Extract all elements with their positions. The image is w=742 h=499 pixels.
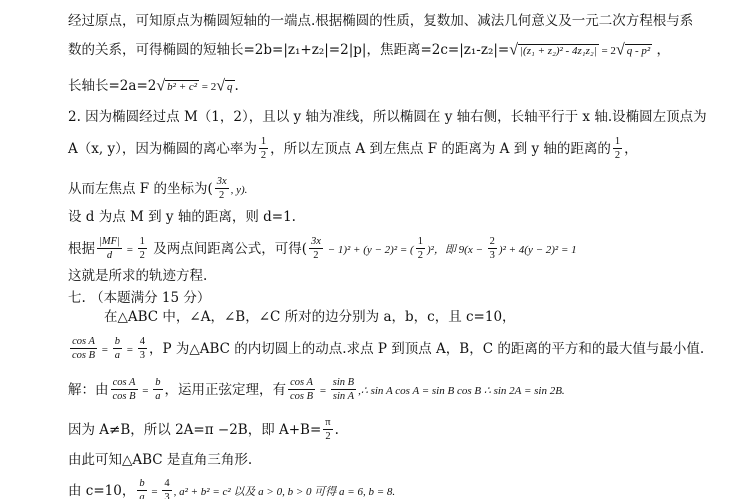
paragraph-text: 经过原点，可知原点为椭圆短轴的一端点.根据椭圆的性质，复数加、减法几何意义及一元… bbox=[68, 13, 693, 29]
text-line-2: 数的关系，可得椭圆的短轴长=2b=|z₁+z₂|=2|p|，焦距离=2c=|z₁… bbox=[68, 41, 670, 60]
punctuation: . bbox=[335, 422, 339, 438]
fraction-cosA-over-cosB: cos Acos B bbox=[70, 335, 97, 362]
text-line-7: 设 d 为点 M 到 y 轴的距离，则 d=1. bbox=[68, 208, 296, 226]
numerator: 3x bbox=[215, 175, 229, 189]
fraction-mf-over-d: |MF|d bbox=[97, 235, 122, 262]
paragraph-text: 在△ABC 中，∠A，∠B，∠C 所对的边分别为 a，b，c，且 c=10， bbox=[104, 309, 516, 325]
paragraph-text: ，运用正弦定理，有 bbox=[165, 382, 287, 398]
sqrt-expression: √b² + c² bbox=[156, 77, 199, 96]
denominator: 2 bbox=[613, 149, 622, 162]
math-text: = 2 bbox=[599, 45, 616, 57]
sqrt-body: q - p² bbox=[625, 44, 652, 57]
paragraph-text: 根据 bbox=[68, 241, 95, 257]
text-line-5: A（x, y），因为椭圆的离心率为12，所以左顶点 A 到左焦点 F 的距离为 … bbox=[68, 136, 638, 163]
fraction-one-half: 12 bbox=[613, 135, 622, 162]
numerator: 2 bbox=[488, 235, 497, 249]
problem-statement-line-1: 在△ABC 中，∠A，∠B，∠C 所对的边分别为 a，b，c，且 c=10， bbox=[104, 308, 516, 326]
sqrt-expression: √q bbox=[216, 77, 234, 96]
solution-line-3: 由此可知△ABC 是直角三角形. bbox=[68, 451, 252, 469]
denominator: 2 bbox=[416, 249, 425, 262]
denominator: 2 bbox=[259, 149, 268, 162]
punctuation: ， bbox=[624, 141, 638, 157]
solution-line-2: 因为 A≠B，所以 2A=π −2B，即 A+B=π2. bbox=[68, 417, 339, 444]
section-heading: 七. （本题满分 15 分） bbox=[68, 290, 210, 306]
text-line-9: 这就是所求的轨迹方程. bbox=[68, 267, 207, 285]
paragraph-text: 2. 因为椭圆经过点 M（1，2），且以 y 轴为准线，所以椭圆在 y 轴右侧，… bbox=[68, 109, 707, 125]
denominator: a bbox=[137, 491, 146, 499]
fraction-cosA-over-cosB: cos Acos B bbox=[288, 376, 315, 403]
math-text: − 1)² + (y − 2)² = ( bbox=[325, 244, 414, 256]
numerator: b bbox=[153, 376, 162, 390]
fraction-pi-over-2: π2 bbox=[323, 416, 332, 443]
numerator: cos A bbox=[288, 376, 315, 390]
punctuation: . bbox=[235, 78, 239, 94]
denominator: 3 bbox=[138, 349, 147, 362]
math-text: = bbox=[124, 244, 136, 256]
paragraph-text: 因为 A≠B，所以 2A=π −2B，即 A+B= bbox=[68, 422, 321, 438]
fraction-sinB-over-sinA: sin Bsin A bbox=[331, 376, 356, 403]
paragraph-text: 数的关系，可得椭圆的短轴长=2b=|z₁+z₂|=2|p|，焦距离=2c=|z₁… bbox=[68, 42, 509, 58]
denominator: sin A bbox=[331, 390, 356, 403]
math-text: = 2 bbox=[199, 81, 216, 93]
numerator: 4 bbox=[138, 335, 147, 349]
paragraph-text: A（x, y），因为椭圆的离心率为 bbox=[68, 141, 257, 157]
paragraph-text: 这就是所求的轨迹方程. bbox=[68, 268, 207, 284]
denominator: a bbox=[113, 349, 122, 362]
paragraph-text: 及两点间距离公式，可得( bbox=[149, 241, 307, 257]
text-line-4: 2. 因为椭圆经过点 M（1，2），且以 y 轴为准线，所以椭圆在 y 轴右侧，… bbox=[68, 108, 707, 126]
punctuation: ， bbox=[652, 42, 670, 58]
fraction-b-over-a: ba bbox=[113, 335, 122, 362]
numerator: 1 bbox=[259, 135, 268, 149]
text-line-8: 根据|MF|d = 12 及两点间距离公式，可得(3x2 − 1)² + (y … bbox=[68, 236, 577, 263]
fraction-one-half: 12 bbox=[138, 235, 147, 262]
fraction-cosA-over-cosB: cos Acos B bbox=[111, 376, 138, 403]
section-heading-7: 七. （本题满分 15 分） bbox=[68, 289, 210, 307]
solution-line-1: 解：由cos Acos B = ba，运用正弦定理，有cos Acos B = … bbox=[68, 377, 565, 404]
denominator: d bbox=[97, 249, 122, 262]
denominator: cos B bbox=[70, 349, 97, 362]
numerator: 4 bbox=[162, 477, 171, 491]
document-page: 经过原点，可知原点为椭圆短轴的一端点.根据椭圆的性质，复数加、减法几何意义及一元… bbox=[0, 0, 742, 499]
paragraph-text: 由此可知△ABC 是直角三角形. bbox=[68, 452, 252, 468]
denominator: 3 bbox=[162, 491, 171, 499]
denominator: 2 bbox=[323, 430, 332, 443]
sqrt-body: |(z₁ + z₂)² - 4z₁z₂| bbox=[518, 44, 599, 57]
paragraph-text: 设 d 为点 M 到 y 轴的距离，则 d=1. bbox=[68, 209, 296, 225]
numerator: 1 bbox=[138, 235, 147, 249]
fraction-four-thirds: 43 bbox=[138, 335, 147, 362]
denominator: 2 bbox=[215, 189, 229, 202]
text-line-6: 从而左焦点 F 的坐标为(3x2, y). bbox=[68, 176, 247, 203]
denominator: 2 bbox=[138, 249, 147, 262]
problem-statement-line-2: cos Acos B = ba = 43，P 为△ABC 的内切圆上的动点.求点… bbox=[68, 336, 704, 363]
fraction-one-half: 12 bbox=[259, 135, 268, 162]
math-text: , a² + b² = c² 以及 a > 0, b > 0 可得 a = 6,… bbox=[174, 486, 396, 498]
text-line-3: 长轴长=2a=2√b² + c² = 2√q. bbox=[68, 77, 239, 96]
fraction-four-thirds: 43 bbox=[162, 477, 171, 499]
denominator: cos B bbox=[111, 390, 138, 403]
numerator: 3x bbox=[309, 235, 323, 249]
paragraph-text: ，所以左顶点 A 到左焦点 F 的距离为 A 到 y 轴的距离的 bbox=[270, 141, 611, 157]
denominator: cos B bbox=[288, 390, 315, 403]
math-text: , y). bbox=[231, 184, 248, 196]
paragraph-text: 长轴长=2a=2 bbox=[68, 78, 156, 94]
denominator: 2 bbox=[309, 249, 323, 262]
numerator: 1 bbox=[613, 135, 622, 149]
fraction-3x-over-2: 3x2 bbox=[309, 235, 323, 262]
math-text: )² + 4(y − 2)² = 1 bbox=[499, 244, 577, 256]
paragraph-text: ，P 为△ABC 的内切圆上的动点.求点 P 到顶点 A，B，C 的距离的平方和… bbox=[149, 341, 704, 357]
numerator: b bbox=[113, 335, 122, 349]
sqrt-body: q bbox=[225, 80, 235, 93]
math-text: )²，即 9(x − bbox=[427, 244, 486, 256]
fraction-one-half: 12 bbox=[416, 235, 425, 262]
numerator: cos A bbox=[111, 376, 138, 390]
numerator: sin B bbox=[331, 376, 356, 390]
paragraph-text: 由 c=10， bbox=[68, 483, 135, 499]
math-text: ,∴ sin A cos A = sin B cos B ∴ sin 2A = … bbox=[358, 385, 565, 397]
denominator: a bbox=[153, 390, 162, 403]
fraction-3x-over-2: 3x2 bbox=[215, 175, 229, 202]
fraction-two-thirds: 23 bbox=[488, 235, 497, 262]
paragraph-text: 从而左焦点 F 的坐标为( bbox=[68, 181, 213, 197]
fraction-b-over-a: ba bbox=[137, 477, 146, 499]
sqrt-expression: √|(z₁ + z₂)² - 4z₁z₂| bbox=[509, 41, 598, 60]
sqrt-expression: √q - p² bbox=[616, 41, 652, 60]
solution-line-4: 由 c=10，ba = 43, a² + b² = c² 以及 a > 0, b… bbox=[68, 478, 395, 499]
numerator: cos A bbox=[70, 335, 97, 349]
fraction-b-over-a: ba bbox=[153, 376, 162, 403]
numerator: π bbox=[323, 416, 332, 430]
sqrt-body: b² + c² bbox=[165, 80, 199, 93]
paragraph-text: 解：由 bbox=[68, 382, 109, 398]
numerator: |MF| bbox=[97, 235, 122, 249]
numerator: b bbox=[137, 477, 146, 491]
numerator: 1 bbox=[416, 235, 425, 249]
denominator: 3 bbox=[488, 249, 497, 262]
text-line-1: 经过原点，可知原点为椭圆短轴的一端点.根据椭圆的性质，复数加、减法几何意义及一元… bbox=[68, 12, 693, 30]
